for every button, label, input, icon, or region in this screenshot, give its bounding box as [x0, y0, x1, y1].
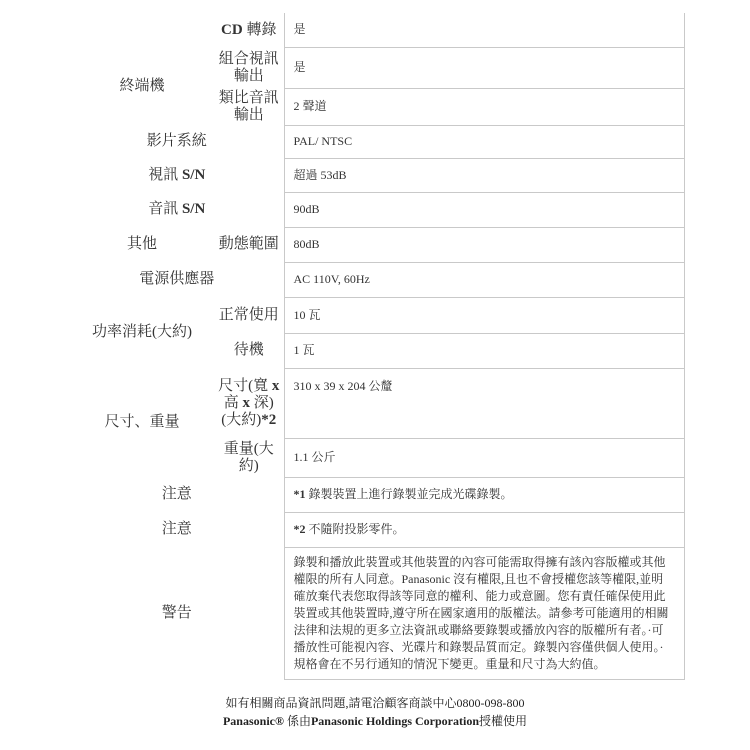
- footer-license-line: Panasonic® 係由Panasonic Holdings Corporat…: [0, 712, 750, 730]
- spec-row-video-sn: 視訊 S/N 超過 53dB: [70, 158, 684, 192]
- spec-label: 注意: [70, 512, 284, 547]
- spec-value: *2 不隨附投影零件。: [284, 512, 684, 547]
- spec-row-note1: 注意 *1 錄製裝置上進行錄製並完成光碟錄製。: [70, 477, 684, 512]
- spec-table: CD 轉錄 是 終端機 組合視訊輸出 是 類比音訊輸出 2 聲道 影片系統 PA…: [70, 13, 685, 680]
- group-label-dimensions-weight: 尺寸、重量: [104, 414, 179, 431]
- spec-label: 尺寸(寬 x 高 x 深)(大約)*2: [214, 368, 284, 438]
- group-cell-others: 其他: [70, 227, 214, 262]
- spec-value: 1.1 公斤: [284, 438, 684, 477]
- spec-value: 310 x 39 x 204 公釐: [284, 368, 684, 438]
- spec-value-warning-text: 錄製和播放此裝置或其他裝置的內容可能需取得擁有該內容版權或其他權限的所有人同意。…: [284, 547, 684, 679]
- spec-label: 電源供應器: [70, 262, 284, 297]
- group-label-power-consumption: 功率消耗(大約): [92, 324, 192, 341]
- group-label-others: 其他: [127, 236, 157, 253]
- footer-contact-line: 如有相關商品資訊問題,請電洽顧客商談中心0800-098-800: [0, 694, 750, 712]
- spec-page: CD 轉錄 是 終端機 組合視訊輸出 是 類比音訊輸出 2 聲道 影片系統 PA…: [0, 0, 750, 750]
- spec-row-dynamic-range: 其他 動態範圍 80dB: [70, 227, 684, 262]
- spec-value: 是: [284, 47, 684, 88]
- spec-row-dimensions: 尺寸、重量 尺寸(寬 x 高 x 深)(大約)*2 310 x 39 x 204…: [70, 368, 684, 438]
- spec-label: 動態範圍: [214, 227, 284, 262]
- spec-row-video-system: 影片系統 PAL/ NTSC: [70, 125, 684, 158]
- spec-label: 警告: [70, 547, 284, 679]
- spec-label: 影片系統: [70, 125, 284, 158]
- spec-value: 10 瓦: [284, 297, 684, 333]
- spec-value: 90dB: [284, 192, 684, 227]
- spec-row-power-supply: 電源供應器 AC 110V, 60Hz: [70, 262, 684, 297]
- spec-row-note2: 注意 *2 不隨附投影零件。: [70, 512, 684, 547]
- spec-label: 重量(大約): [214, 438, 284, 477]
- group-cell-power-consumption: 功率消耗(大約): [70, 297, 214, 368]
- spec-label: 視訊 S/N: [70, 158, 284, 192]
- spec-value: 超過 53dB: [284, 158, 684, 192]
- spec-row-composite-video-out: 終端機 組合視訊輸出 是: [70, 47, 684, 88]
- group-label-terminals: 終端機: [119, 78, 164, 95]
- spec-label: 音訊 S/N: [70, 192, 284, 227]
- spec-label: CD 轉錄: [214, 13, 284, 47]
- spec-value: 2 聲道: [284, 88, 684, 125]
- group-cell-dimensions-weight: 尺寸、重量: [70, 368, 214, 477]
- spec-value: *1 錄製裝置上進行錄製並完成光碟錄製。: [284, 477, 684, 512]
- spec-value: 80dB: [284, 227, 684, 262]
- spec-label: 組合視訊輸出: [214, 47, 284, 88]
- page-footer: 如有相關商品資訊問題,請電洽顧客商談中心0800-098-800 Panason…: [0, 694, 750, 730]
- spec-value: AC 110V, 60Hz: [284, 262, 684, 297]
- spec-label: 注意: [70, 477, 284, 512]
- spec-label: 待機: [214, 333, 284, 368]
- spec-label: 正常使用: [214, 297, 284, 333]
- group-cell-empty: [70, 13, 214, 47]
- spec-value: 是: [284, 13, 684, 47]
- spec-row-cd-dubbing: CD 轉錄 是: [70, 13, 684, 47]
- spec-row-warning: 警告 錄製和播放此裝置或其他裝置的內容可能需取得擁有該內容版權或其他權限的所有人…: [70, 547, 684, 679]
- spec-value: PAL/ NTSC: [284, 125, 684, 158]
- spec-row-normal-use: 功率消耗(大約) 正常使用 10 瓦: [70, 297, 684, 333]
- spec-row-audio-sn: 音訊 S/N 90dB: [70, 192, 684, 227]
- spec-value: 1 瓦: [284, 333, 684, 368]
- spec-label: 類比音訊輸出: [214, 88, 284, 125]
- group-cell-terminals: 終端機: [70, 47, 214, 125]
